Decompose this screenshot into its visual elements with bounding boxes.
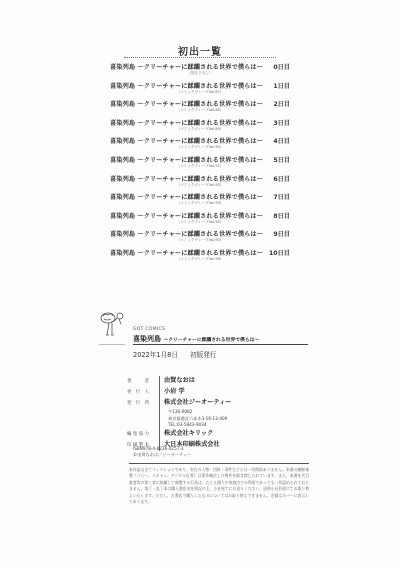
brand-label: GOT COMICS xyxy=(133,327,165,332)
story-title: 喜染列島 ～クリーチャーに蹂躙される世界で僕らは～ xyxy=(110,81,263,90)
episode-label: 2日目 xyxy=(273,99,290,108)
credit-divider xyxy=(159,376,160,387)
edition-date: 2022年1月8日 xyxy=(133,351,178,359)
list-item: 喜染列島 ～クリーチャーに蹂躙される世界で僕らは～ 6日目 （コミックグレープV… xyxy=(110,174,290,193)
source-label: （コミックグレープVol.96） xyxy=(110,257,290,262)
credit-divider xyxy=(159,429,160,440)
credit-role: 著 者 xyxy=(127,376,157,387)
credit-row-publisher: 発 行 所 株式会社ジーオーティー xyxy=(127,398,307,409)
source-label: （コミックグレープVol.88） xyxy=(110,108,290,113)
credit-value: 株式会社ジーオーティー xyxy=(164,398,231,408)
book-subtitle: ～クリーチャーに蹂躙される世界で僕らは～ xyxy=(163,338,259,343)
credits-table: 著 者 由賀なおは 発 行 人 小岩 学 発 行 所 株式会社ジーオーティー 〒… xyxy=(127,376,307,451)
episode-label: 10日目 xyxy=(269,248,290,257)
episode-label: 8日目 xyxy=(273,211,290,220)
episode-label: 6日目 xyxy=(273,174,290,183)
episode-label: 4日目 xyxy=(273,136,290,145)
list-item: 喜染列島 ～クリーチャーに蹂躙される世界で僕らは～ 7日目 （コミックグレープV… xyxy=(110,192,290,211)
credit-value: 小岩 学 xyxy=(164,387,185,397)
credit-row-publisher-person: 発 行 人 小岩 学 xyxy=(127,387,307,398)
credit-row-editorial: 編集協力 株式会社キリック xyxy=(127,429,307,440)
source-label: （コミックグレープVol.87） xyxy=(110,90,290,95)
title-underline xyxy=(133,344,308,345)
episode-label: 5日目 xyxy=(273,155,290,164)
story-title: 喜染列島 ～クリーチャーに蹂躙される世界で僕らは～ xyxy=(110,174,263,183)
source-label: （描き下ろし） xyxy=(110,71,290,76)
book-title: 喜染列島 ～クリーチャーに蹂躙される世界で僕らは～ xyxy=(133,334,310,344)
mascot-illustration-icon xyxy=(99,310,127,344)
publisher-address: 〒136-0082 xyxy=(127,409,307,416)
list-item: 喜染列島 ～クリーチャーに蹂躙される世界で僕らは～ 3日目 （コミックグレープV… xyxy=(110,118,290,137)
phone-number: TEL:03-5843-9034 xyxy=(164,422,207,429)
episode-label: 3日目 xyxy=(273,118,290,127)
credit-value: 由賀なおは xyxy=(164,376,195,386)
episode-label: 0日目 xyxy=(273,62,290,71)
mascot-shadow xyxy=(99,344,125,345)
list-item: 喜染列島 ～クリーチャーに蹂躙される世界で僕らは～ 5日目 （コミックグレープV… xyxy=(110,155,290,174)
street-address: 東京都港区六本木3-16-13-409 xyxy=(164,416,227,423)
credit-role: 発 行 所 xyxy=(127,398,157,409)
story-title: 喜染列島 ～クリーチャーに蹂躙される世界で僕らは～ xyxy=(110,99,263,108)
episode-label: 7日目 xyxy=(273,192,290,201)
colophon-page: 初出一覧 喜染列島 ～クリーチャーに蹂躙される世界で僕らは～ 0日目 （描き下ろ… xyxy=(0,0,400,568)
story-title: 喜染列島 ～クリーチャーに蹂躙される世界で僕らは～ xyxy=(110,248,263,257)
credit-role: 編集協力 xyxy=(127,429,157,440)
legal-divider xyxy=(129,463,309,464)
list-item: 喜染列島 ～クリーチャーに蹂躙される世界で僕らは～ 2日目 （コミックグレープV… xyxy=(110,99,290,118)
list-item: 喜染列島 ～クリーチャーに蹂躙される世界で僕らは～ 9日目 （コミックグレープV… xyxy=(110,229,290,248)
book-title-main: 喜染列島 xyxy=(133,335,161,343)
episode-label: 9日目 xyxy=(273,229,290,238)
story-title: 喜染列島 ～クリーチャーに蹂躙される世界で僕らは～ xyxy=(110,229,263,238)
credit-row-author: 著 者 由賀なおは xyxy=(127,376,307,387)
credit-divider xyxy=(159,387,160,398)
postal-code: 〒136-0082 xyxy=(164,409,192,416)
credit-divider xyxy=(159,398,160,409)
story-title: 喜染列島 ～クリーチャーに蹂躙される世界で僕らは～ xyxy=(110,211,263,220)
credit-value: 株式会社キリック xyxy=(164,429,213,439)
legal-notice: 本作品は全てフィクションであり、実在の人物・団体・事件などとは一切関係ありません… xyxy=(129,467,309,505)
list-item: 喜染列島 ～クリーチャーに蹂躙される世界で僕らは～ 8日目 （コミックグレープV… xyxy=(110,211,290,230)
story-title: 喜染列島 ～クリーチャーに蹂躙される世界で僕らは～ xyxy=(110,192,263,201)
list-item: 喜染列島 ～クリーチャーに蹂躙される世界で僕らは～ 1日目 （コミックグレープV… xyxy=(110,81,290,100)
isbn-block: ISBN978-4-8236-0257-3 ©由賀なおは／ジーオーティー xyxy=(133,446,191,458)
episode-label: 1日目 xyxy=(273,81,290,90)
first-publication-list: 喜染列島 ～クリーチャーに蹂躙される世界で僕らは～ 0日目 （描き下ろし） 喜染… xyxy=(110,62,290,267)
story-title: 喜染列島 ～クリーチャーに蹂躙される世界で僕らは～ xyxy=(110,155,263,164)
title-divider xyxy=(124,57,276,58)
list-item: 喜染列島 ～クリーチャーに蹂躙される世界で僕らは～ 10日目 （コミックグレープ… xyxy=(110,248,290,267)
story-title: 喜染列島 ～クリーチャーに蹂躙される世界で僕らは～ xyxy=(110,118,263,127)
source-label: （コミックグレープVol.89） xyxy=(110,127,290,132)
list-item: 喜染列島 ～クリーチャーに蹂躙される世界で僕らは～ 4日目 （コミックグレープV… xyxy=(110,136,290,155)
source-label: （コミックグレープVol.93） xyxy=(110,201,290,206)
copyright: ©由賀なおは／ジーオーティー xyxy=(133,452,191,458)
source-label: （コミックグレープVol.95） xyxy=(110,238,290,243)
source-label: （コミックグレープVol.92） xyxy=(110,183,290,188)
edition-label: 初版発行 xyxy=(190,351,216,359)
source-label: （コミックグレープVol.91） xyxy=(110,164,290,169)
source-label: （コミックグレープVol.94） xyxy=(110,220,290,225)
story-title: 喜染列島 ～クリーチャーに蹂躙される世界で僕らは～ xyxy=(110,62,263,71)
page-title: 初出一覧 xyxy=(0,43,400,58)
list-item: 喜染列島 ～クリーチャーに蹂躙される世界で僕らは～ 0日目 （描き下ろし） xyxy=(110,62,290,81)
source-label: （コミックグレープVol.90） xyxy=(110,145,290,150)
credit-role: 発 行 人 xyxy=(127,387,157,398)
edition-info: 2022年1月8日 初版発行 xyxy=(133,349,216,359)
